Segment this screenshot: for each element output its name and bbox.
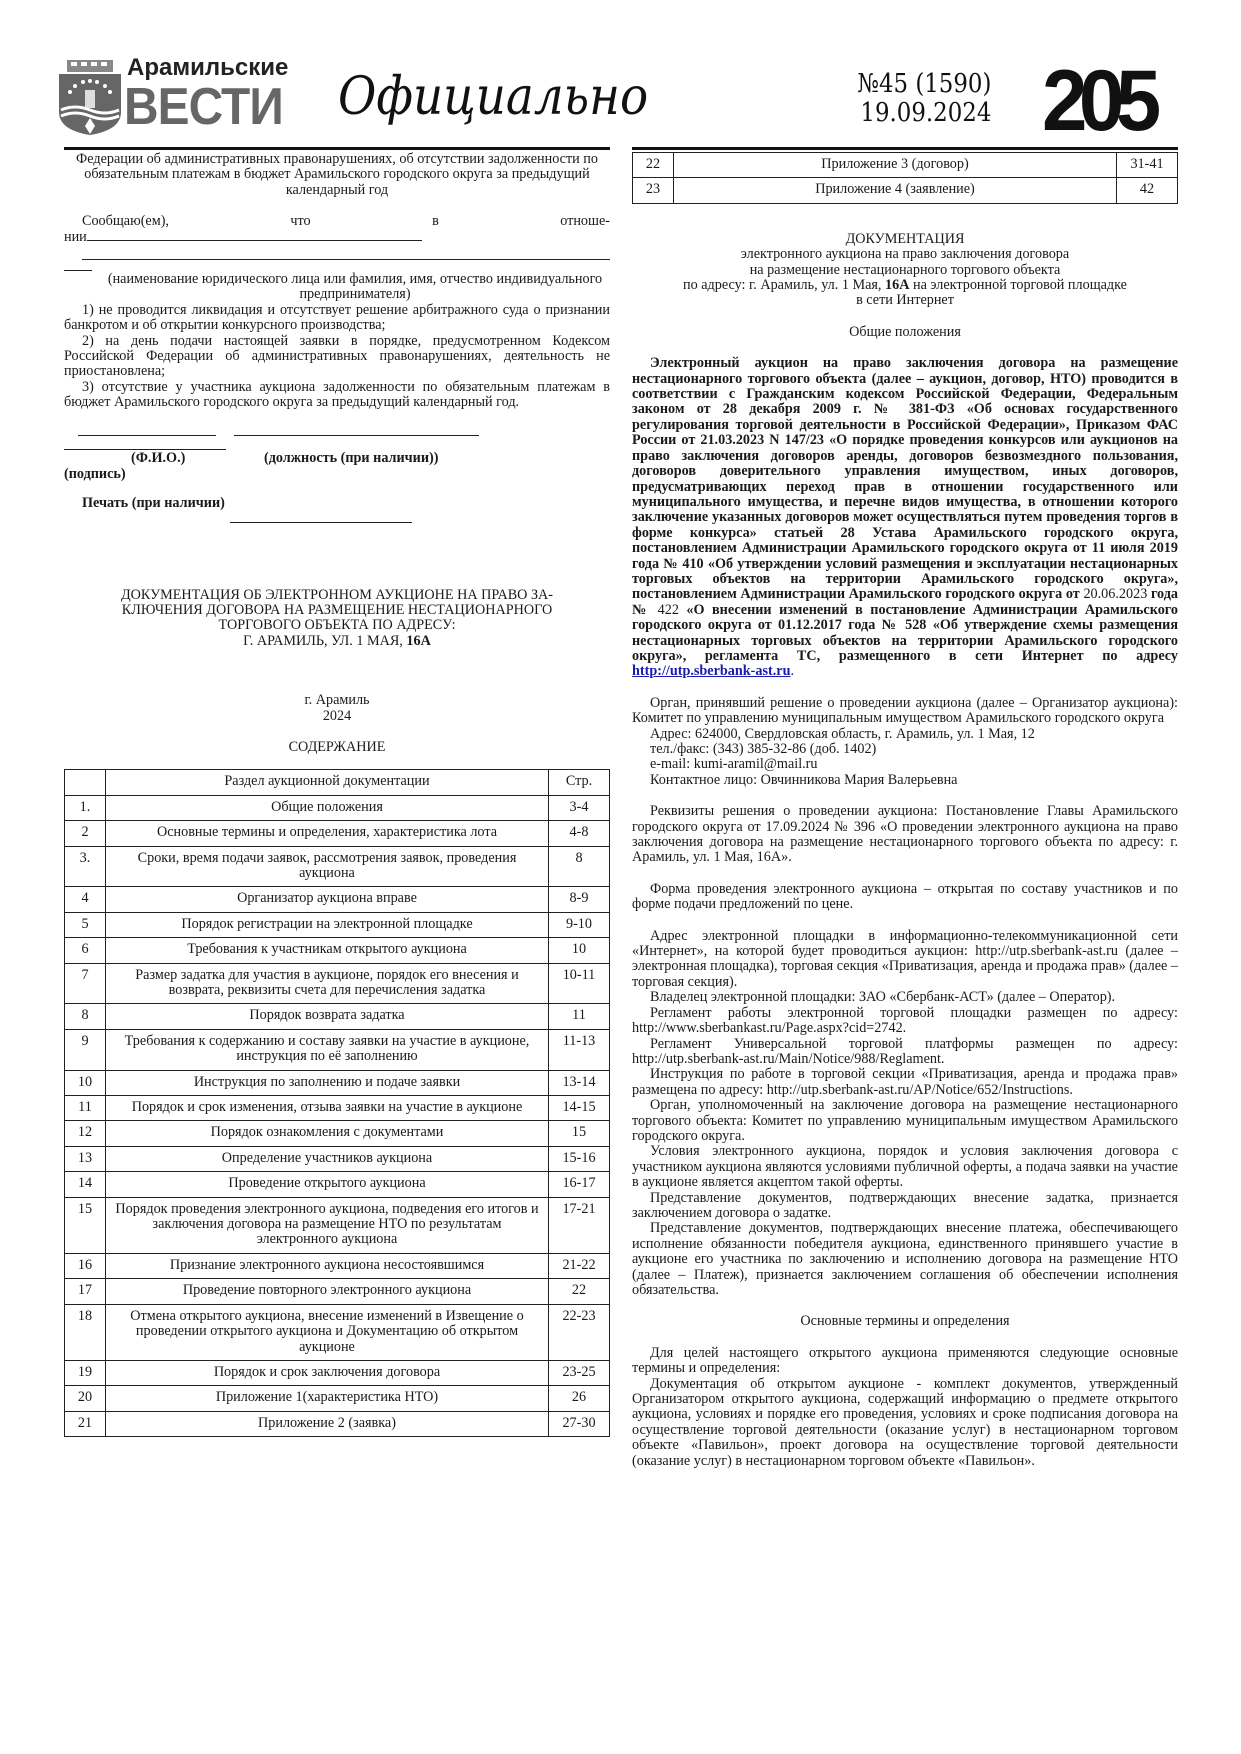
toc-cell-section: Порядок регистрации на электронной площа…: [106, 912, 549, 937]
table-row: 6Требования к участникам открытого аукци…: [65, 938, 610, 963]
toc-cell-num: 14: [65, 1172, 106, 1197]
contents-heading: СОДЕРЖАНИЕ: [64, 740, 610, 755]
brand-name-small: Арамильские: [127, 60, 288, 75]
toc-cell-num: 1.: [65, 795, 106, 820]
entity-caption: (наименование юридического лица или фами…: [64, 272, 610, 303]
decision-paragraph: Реквизиты решения о проведении аукциона:…: [632, 804, 1178, 866]
table-row: 14Проведение открытого аукциона16-17: [65, 1172, 610, 1197]
doc-heading: ДОКУМЕНТАЦИЯ: [632, 232, 1178, 247]
masthead: Арамильские ВЕСТИ Официально №45 (1590) …: [0, 0, 1241, 145]
organizer-email: e-mail: kumi-aramil@mail.ru: [632, 757, 1178, 772]
toc-cell-pages: 17-21: [549, 1197, 610, 1253]
contents-table: Раздел аукционной документации Стр. 1.Об…: [64, 769, 610, 1437]
table-row: 12Порядок ознакомления с документами15: [65, 1121, 610, 1146]
toc-cell-num: 2: [65, 821, 106, 846]
header-rule-left: [64, 147, 610, 150]
header-rule-right: [632, 147, 1178, 150]
toc-cell-num: 19: [65, 1360, 106, 1385]
toc-cell-num: 23: [633, 178, 674, 203]
toc-cell-pages: 22-23: [549, 1304, 610, 1360]
toc-cell-pages: 14-15: [549, 1096, 610, 1121]
stamp-label: Печать (при наличии): [64, 496, 610, 511]
report-line: Сообщаю(ем), что в отноше-: [64, 214, 610, 229]
organizer-contact: Контактное лицо: Овчинникова Мария Валер…: [632, 773, 1178, 788]
toc-cell-num: 10: [65, 1070, 106, 1095]
position-label: (должность (при наличии)): [264, 451, 438, 466]
page-number: 205: [1042, 58, 1153, 144]
statement-item-2: 2) на день подачи настоящей заявки в пор…: [64, 334, 610, 380]
toc-cell-num: 16: [65, 1253, 106, 1278]
signature-lines[interactable]: [64, 425, 610, 439]
toc-cell-pages: 21-22: [549, 1253, 610, 1278]
toc-cell-pages: 13-14: [549, 1070, 610, 1095]
organizer-paragraph: Орган, принявший решение о проведении ау…: [632, 696, 1178, 727]
toc-cell-pages: 9-10: [549, 912, 610, 937]
organizer-phone: тел./факс: (343) 385-32-86 (доб. 1402): [632, 742, 1178, 757]
entity-field-line-2[interactable]: [82, 245, 610, 260]
toc-cell-section: Инструкция по заполнению и подаче заявки: [106, 1070, 549, 1095]
platform-paragraph: Орган, уполномоченный на заключение дого…: [632, 1098, 1178, 1144]
statement-item-1: 1) не проводится ликвидация и отсутствуе…: [64, 303, 610, 334]
table-row: 20Приложение 1(характеристика НТО)26: [65, 1386, 610, 1411]
toc-cell-section: Приложение 4 (заявление): [674, 178, 1117, 203]
toc-cell-num: 4: [65, 887, 106, 912]
general-provisions-paragraph: Электронный аукцион на право заключения …: [632, 356, 1178, 680]
toc-cell-pages: 27-30: [549, 1411, 610, 1436]
toc-cell-pages: 15-16: [549, 1146, 610, 1171]
signature-label: (подпись): [64, 467, 610, 482]
toc-cell-section: Требования к участникам открытого аукцио…: [106, 938, 549, 963]
toc-cell-num: 22: [633, 153, 674, 178]
toc-cell-pages: 8: [549, 846, 610, 887]
toc-cell-section: Проведение открытого аукциона: [106, 1172, 549, 1197]
table-row: 7Размер задатка для участия в аукционе, …: [65, 963, 610, 1004]
table-row: 9Требования к содержанию и составу заявк…: [65, 1029, 610, 1070]
toc-cell-num: 9: [65, 1029, 106, 1070]
toc-cell-pages: 10: [549, 938, 610, 963]
toc-cell-num: 11: [65, 1096, 106, 1121]
section-title: Официально: [338, 62, 648, 132]
platform-paragraph: Представление документов, подтверждающих…: [632, 1221, 1178, 1298]
right-column: 22Приложение 3 (договор)31-4123Приложени…: [632, 152, 1178, 1469]
city: г. Арамиль: [64, 693, 610, 708]
toc-cell-num: 17: [65, 1279, 106, 1304]
intro-text: Федерации об административных правонаруш…: [64, 152, 610, 198]
table-row: 4Организатор аукциона вправе8-9: [65, 887, 610, 912]
table-row: 3.Сроки, время подачи заявок, рассмотрен…: [65, 846, 610, 887]
toc-cell-pages: 3-4: [549, 795, 610, 820]
toc-cell-num: 5: [65, 912, 106, 937]
toc-cell-section: Приложение 2 (заявка): [106, 1411, 549, 1436]
toc-cell-section: Требования к содержанию и составу заявки…: [106, 1029, 549, 1070]
table-row: 10Инструкция по заполнению и подаче заяв…: [65, 1070, 610, 1095]
table-row: 17Проведение повторного электронного аук…: [65, 1279, 610, 1304]
toc-cell-pages: 10-11: [549, 963, 610, 1004]
table-row: 5Порядок регистрации на электронной площ…: [65, 912, 610, 937]
toc-cell-num: 13: [65, 1146, 106, 1171]
table-row: 22Приложение 3 (договор)31-41: [633, 153, 1178, 178]
toc-cell-section: Порядок проведения электронного аукциона…: [106, 1197, 549, 1253]
toc-cell-num: 12: [65, 1121, 106, 1146]
table-header-row: Раздел аукционной документации Стр.: [65, 770, 610, 795]
toc-cell-section: Отмена открытого аукциона, внесение изме…: [106, 1304, 549, 1360]
toc-cell-section: Порядок ознакомления с документами: [106, 1121, 549, 1146]
table-row: 18Отмена открытого аукциона, внесение из…: [65, 1304, 610, 1360]
toc-cell-num: 6: [65, 938, 106, 963]
toc-cell-num: 3.: [65, 846, 106, 887]
toc-cell-section: Признание электронного аукциона несостоя…: [106, 1253, 549, 1278]
toc-cell-pages: 42: [1117, 178, 1178, 203]
table-row: 11Порядок и срок изменения, отзыва заявк…: [65, 1096, 610, 1121]
platform-paragraph: Условия электронного аукциона, порядок и…: [632, 1144, 1178, 1190]
table-row: 21Приложение 2 (заявка)27-30: [65, 1411, 610, 1436]
toc-cell-section: Порядок и срок заключения договора: [106, 1360, 549, 1385]
table-row: 1.Общие положения3-4: [65, 795, 610, 820]
toc-cell-section: Приложение 1(характеристика НТО): [106, 1386, 549, 1411]
issue-info: №45 (1590) 19.09.2024: [857, 70, 991, 128]
terms-heading: Основные термины и определения: [632, 1314, 1178, 1329]
platform-paragraph: Представление документов, подтверждающих…: [632, 1191, 1178, 1222]
doc-subtitle-3: по адресу: г. Арамиль, ул. 1 Мая, 16А на…: [632, 278, 1178, 293]
platform-paragraph: Регламент работы электронной торговой пл…: [632, 1006, 1178, 1037]
entity-field-line-1[interactable]: нии: [64, 230, 610, 245]
toc-cell-num: 8: [65, 1004, 106, 1029]
platform-paragraph: Адрес электронной площадки в информацион…: [632, 929, 1178, 991]
issue-number: №45 (1590): [857, 70, 991, 99]
platform-paragraph: Владелец электронной площадки: ЗАО «Сбер…: [632, 990, 1178, 1005]
toc-cell-section: Приложение 3 (договор): [674, 153, 1117, 178]
toc-cell-pages: 11-13: [549, 1029, 610, 1070]
table-row: 2Основные термины и определения, характе…: [65, 821, 610, 846]
toc-cell-num: 18: [65, 1304, 106, 1360]
toc-cell-pages: 31-41: [1117, 153, 1178, 178]
toc-cell-section: Порядок и срок изменения, отзыва заявки …: [106, 1096, 549, 1121]
doc-subtitle-2: на размещение нестационарного торгового …: [632, 263, 1178, 278]
toc-cell-pages: 22: [549, 1279, 610, 1304]
toc-cell-section: Основные термины и определения, характер…: [106, 821, 549, 846]
table-row: 8Порядок возврата задатка11: [65, 1004, 610, 1029]
terms-definition: Документация об открытом аукционе - комп…: [632, 1377, 1178, 1469]
left-column: Федерации об административных правонаруш…: [64, 152, 610, 1437]
toc-cell-section: Размер задатка для участия в аукционе, п…: [106, 963, 549, 1004]
toc-cell-section: Сроки, время подачи заявок, рассмотрения…: [106, 846, 549, 887]
contents-table-continued: 22Приложение 3 (договор)31-4123Приложени…: [632, 152, 1178, 204]
form-paragraph: Форма проведения электронного аукциона –…: [632, 882, 1178, 913]
terms-intro: Для целей настоящего открытого аукциона …: [632, 1346, 1178, 1377]
toc-cell-pages: 26: [549, 1386, 610, 1411]
fio-label: (Ф.И.О.): [131, 451, 185, 466]
toc-cell-num: 7: [65, 963, 106, 1004]
sberbank-ast-link[interactable]: http://utp.sberbank-ast.ru: [632, 663, 790, 679]
statement-item-3: 3) отсутствие у участника аукциона задол…: [64, 380, 610, 411]
toc-cell-pages: 4-8: [549, 821, 610, 846]
table-row: 16Признание электронного аукциона несост…: [65, 1253, 610, 1278]
table-row: 15Порядок проведения электронного аукцио…: [65, 1197, 610, 1253]
table-row: 13Определение участников аукциона15-16: [65, 1146, 610, 1171]
toc-cell-section: Определение участников аукциона: [106, 1146, 549, 1171]
toc-cell-pages: 15: [549, 1121, 610, 1146]
toc-cell-num: 15: [65, 1197, 106, 1253]
toc-cell-section: Общие положения: [106, 795, 549, 820]
platform-paragraph: Регламент Универсальной торговой платфор…: [632, 1037, 1178, 1068]
doc-title: ДОКУМЕНТАЦИЯ ОБ ЭЛЕКТРОННОМ АУКЦИОНЕ НА …: [64, 588, 610, 650]
coat-of-arms-icon: [55, 60, 125, 135]
toc-cell-section: Порядок возврата задатка: [106, 1004, 549, 1029]
brand-name-big: ВЕСТИ: [124, 80, 283, 134]
general-heading: Общие положения: [632, 325, 1178, 340]
toc-cell-section: Проведение повторного электронного аукци…: [106, 1279, 549, 1304]
table-row: 19Порядок и срок заключения договора23-2…: [65, 1360, 610, 1385]
platform-paragraph: Инструкция по работе в торговой секции «…: [632, 1067, 1178, 1098]
doc-subtitle-1: электронного аукциона на право заключени…: [632, 247, 1178, 262]
toc-cell-pages: 11: [549, 1004, 610, 1029]
doc-subtitle-4: в сети Интернет: [632, 293, 1178, 308]
platform-paragraphs: Адрес электронной площадки в информацион…: [632, 929, 1178, 1299]
year: 2024: [64, 709, 610, 724]
toc-cell-pages: 23-25: [549, 1360, 610, 1385]
organizer-address: Адрес: 624000, Свердловская область, г. …: [632, 727, 1178, 742]
table-row: 23Приложение 4 (заявление)42: [633, 178, 1178, 203]
toc-cell-pages: 8-9: [549, 887, 610, 912]
toc-cell-num: 20: [65, 1386, 106, 1411]
toc-cell-section: Организатор аукциона вправе: [106, 887, 549, 912]
toc-cell-num: 21: [65, 1411, 106, 1436]
toc-cell-pages: 16-17: [549, 1172, 610, 1197]
issue-date: 19.09.2024: [857, 99, 991, 128]
